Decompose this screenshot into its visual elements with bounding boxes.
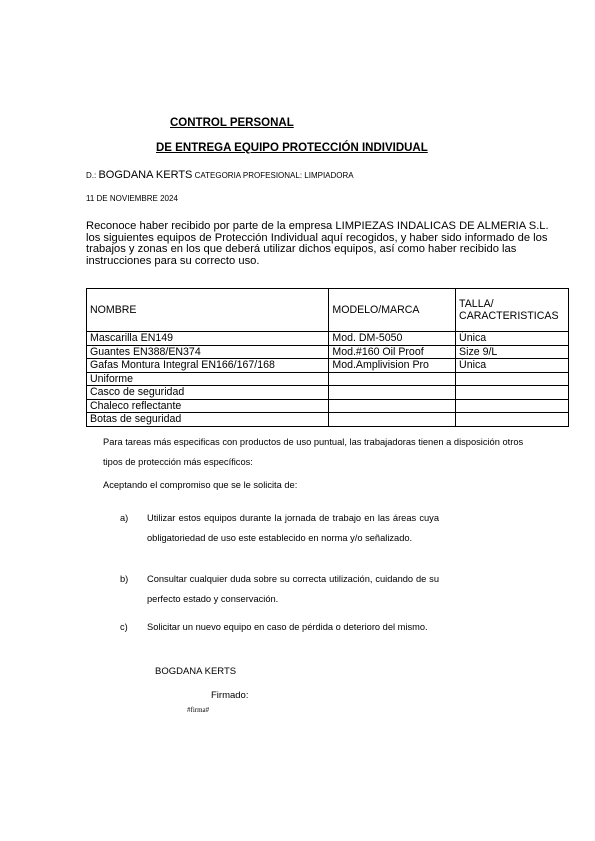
item-name-cell: Guantes EN388/EN374 xyxy=(87,345,329,359)
document-date: 11 DE NOVIEMBRE 2024 xyxy=(86,194,178,203)
header-nombre: NOMBRE xyxy=(87,289,329,332)
worker-line: D.: BOGDANA KERTS CATEGORIA PROFESIONAL:… xyxy=(86,169,354,181)
table-row: Mascarilla EN149Mod. DM-5050Única xyxy=(87,332,569,346)
item-text: Consultar cualquier duda sobre su correc… xyxy=(147,569,439,609)
item-label: c) xyxy=(120,617,128,637)
item-model-cell xyxy=(329,399,456,413)
header-talla: TALLA/ CARACTERISTICAS xyxy=(456,289,569,332)
worker-prefix: D.: xyxy=(86,171,98,180)
commitment-intro: Aceptando el compromiso que se le solici… xyxy=(103,480,297,490)
signature-placeholder: #firma# xyxy=(187,706,209,714)
table-row: Botas de seguridad xyxy=(87,413,569,427)
item-size-cell: Size 9/L xyxy=(456,345,569,359)
worker-category: CATEGORIA PROFESIONAL: LIMPIADORA xyxy=(192,171,353,180)
table-row: Guantes EN388/EN374Mod.#160 Oil ProofSiz… xyxy=(87,345,569,359)
header-modelo: MODELO/MARCA xyxy=(329,289,456,332)
item-size-cell: Única xyxy=(456,359,569,373)
item-size-cell: Única xyxy=(456,332,569,346)
item-text: Solicitar un nuevo equipo en caso de pér… xyxy=(147,617,439,637)
item-size-cell xyxy=(456,372,569,386)
item-name-cell: Casco de seguridad xyxy=(87,386,329,400)
table-header-row: NOMBRE MODELO/MARCA TALLA/ CARACTERISTIC… xyxy=(87,289,569,332)
item-name-cell: Mascarilla EN149 xyxy=(87,332,329,346)
item-name-cell: Uniforme xyxy=(87,372,329,386)
item-size-cell xyxy=(456,399,569,413)
worker-name: BOGDANA KERTS xyxy=(98,169,192,181)
item-model-cell xyxy=(329,386,456,400)
table-row: Gafas Montura Integral EN166/167/168Mod.… xyxy=(87,359,569,373)
item-name-cell: Chaleco reflectante xyxy=(87,399,329,413)
document-title: CONTROL PERSONAL xyxy=(170,117,294,129)
equipment-table: NOMBRE MODELO/MARCA TALLA/ CARACTERISTIC… xyxy=(86,288,569,427)
item-label: b) xyxy=(120,569,128,589)
document-subtitle: DE ENTREGA EQUIPO PROTECCIÓN INDIVIDUAL xyxy=(156,142,428,154)
item-model-cell xyxy=(329,372,456,386)
intro-paragraph: Reconoce haber recibido por parte de la … xyxy=(86,221,556,267)
item-name-cell: Gafas Montura Integral EN166/167/168 xyxy=(87,359,329,373)
item-size-cell xyxy=(456,386,569,400)
specific-note: Para tareas más especificas con producto… xyxy=(103,432,543,472)
table-row: Casco de seguridad xyxy=(87,386,569,400)
item-label: a) xyxy=(120,508,128,528)
item-model-cell: Mod. DM-5050 xyxy=(329,332,456,346)
signed-label: Firmado: xyxy=(211,690,248,701)
item-model-cell xyxy=(329,413,456,427)
item-size-cell xyxy=(456,413,569,427)
table-row: Uniforme xyxy=(87,372,569,386)
signature-name: BOGDANA KERTS xyxy=(155,666,236,677)
item-name-cell: Botas de seguridad xyxy=(87,413,329,427)
item-text: Utilizar estos equipos durante la jornad… xyxy=(147,508,439,548)
item-model-cell: Mod.#160 Oil Proof xyxy=(329,345,456,359)
table-row: Chaleco reflectante xyxy=(87,399,569,413)
item-model-cell: Mod.Amplivision Pro xyxy=(329,359,456,373)
